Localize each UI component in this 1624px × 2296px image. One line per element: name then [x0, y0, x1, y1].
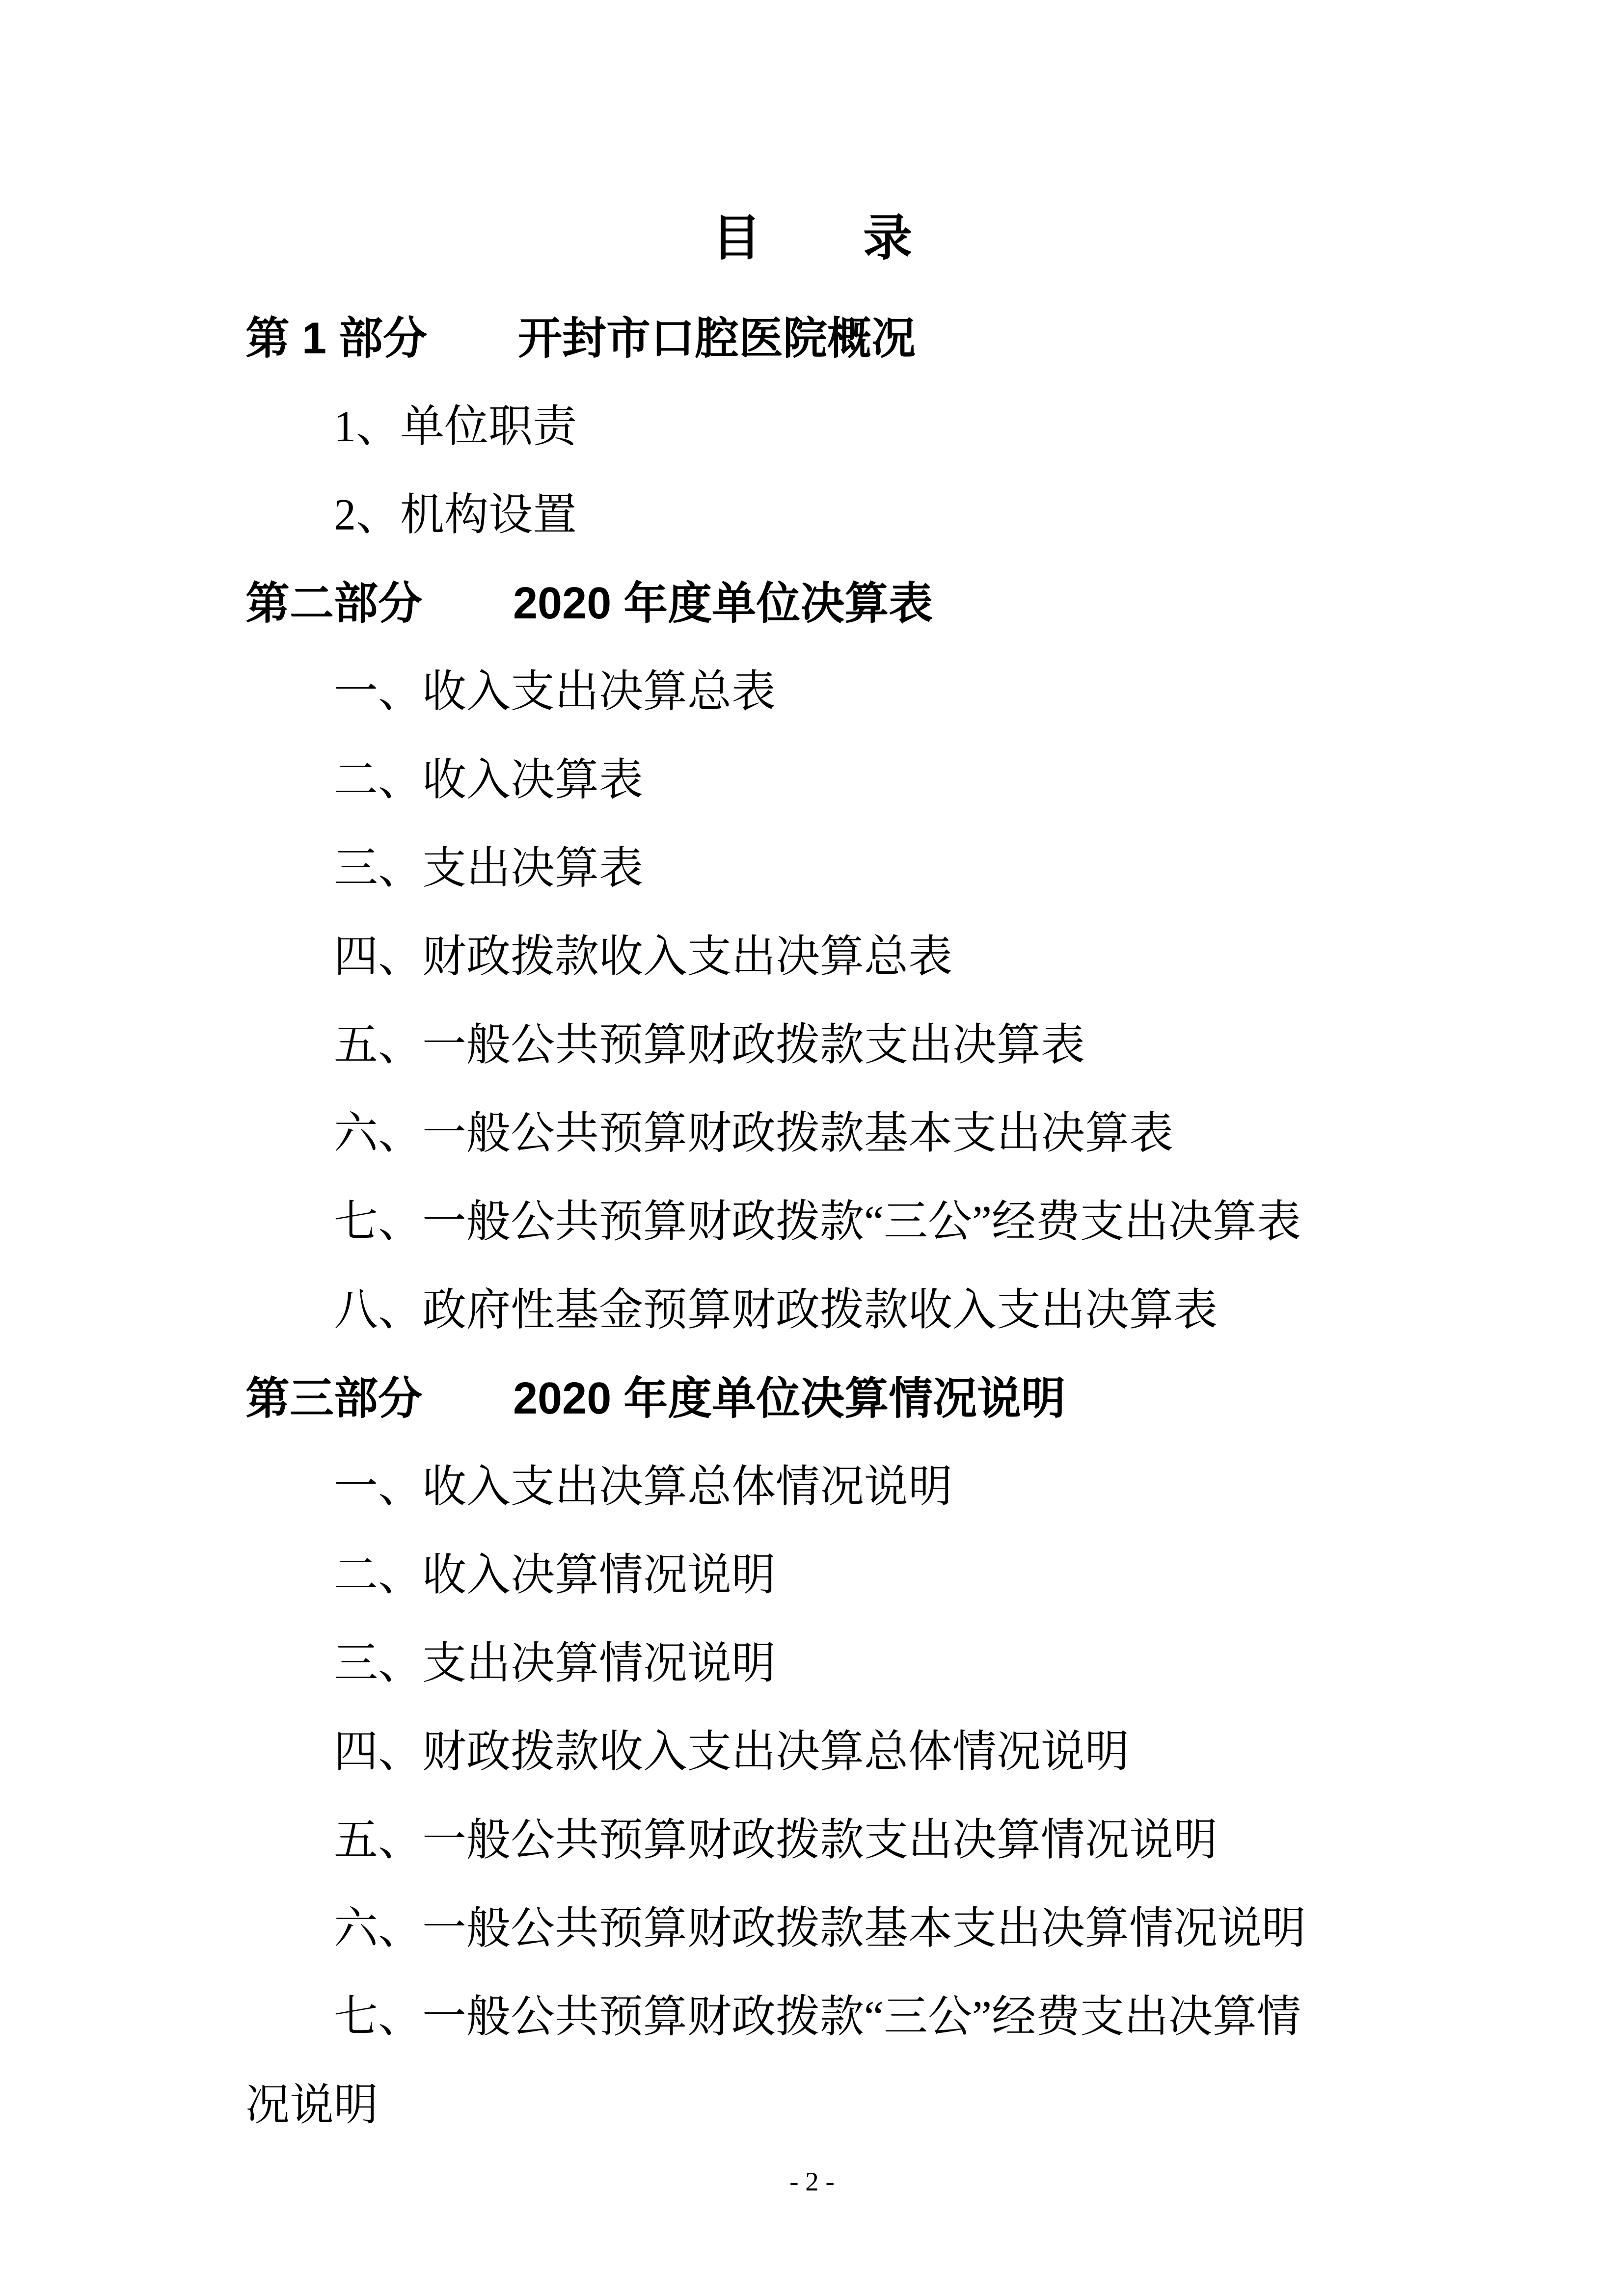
toc-item: 二、收入决算情况说明	[245, 1531, 1379, 1620]
toc-heading: 第三部分2020 年度单位决算情况说明	[245, 1355, 1379, 1443]
toc-item: 六、一般公共预算财政拨款基本支出决算情况说明	[245, 1885, 1379, 1973]
heading-label: 第二部分	[245, 579, 422, 628]
heading-text: 2020 年度单位决算情况说明	[513, 1374, 1065, 1423]
toc-item: 八、政府性基金预算财政拨款收入支出决算表	[245, 1266, 1379, 1355]
toc-continuation: 况说明	[245, 2061, 1379, 2150]
heading-text: 2020 年度单位决算表	[513, 579, 933, 628]
heading-text: 开封市口腔医院概况	[518, 314, 916, 363]
heading-label: 第三部分	[245, 1374, 422, 1423]
page-title: 目 录	[0, 0, 1624, 265]
toc-heading: 第二部分2020 年度单位决算表	[245, 560, 1379, 648]
toc-item: 一、收入支出决算总表	[245, 648, 1379, 736]
toc-item: 四、财政拨款收入支出决算总表	[245, 913, 1379, 1001]
toc-item: 2、机构设置	[245, 471, 1379, 560]
toc-item: 二、收入决算表	[245, 736, 1379, 825]
toc-item: 1、单位职责	[245, 383, 1379, 471]
toc-list: 第 1 部分开封市口腔医院概况1、单位职责2、机构设置第二部分2020 年度单位…	[245, 294, 1379, 2150]
toc-item: 四、财政拨款收入支出决算总体情况说明	[245, 1708, 1379, 1796]
heading-label: 第 1 部分	[245, 314, 427, 363]
toc-item: 三、支出决算表	[245, 825, 1379, 913]
toc-item: 五、一般公共预算财政拨款支出决算情况说明	[245, 1796, 1379, 1885]
toc-item: 一、收入支出决算总体情况说明	[245, 1443, 1379, 1531]
toc-item: 六、一般公共预算财政拨款基本支出决算表	[245, 1090, 1379, 1178]
toc-item: 七、一般公共预算财政拨款“三公”经费支出决算表	[245, 1178, 1379, 1266]
toc-heading: 第 1 部分开封市口腔医院概况	[245, 294, 1379, 383]
toc-item: 五、一般公共预算财政拨款支出决算表	[245, 1001, 1379, 1090]
toc-item: 三、支出决算情况说明	[245, 1620, 1379, 1708]
document-page: 目 录 第 1 部分开封市口腔医院概况1、单位职责2、机构设置第二部分2020 …	[0, 0, 1624, 2296]
toc-item: 七、一般公共预算财政拨款“三公”经费支出决算情	[245, 1973, 1379, 2061]
page-number: - 2 -	[0, 2167, 1624, 2196]
